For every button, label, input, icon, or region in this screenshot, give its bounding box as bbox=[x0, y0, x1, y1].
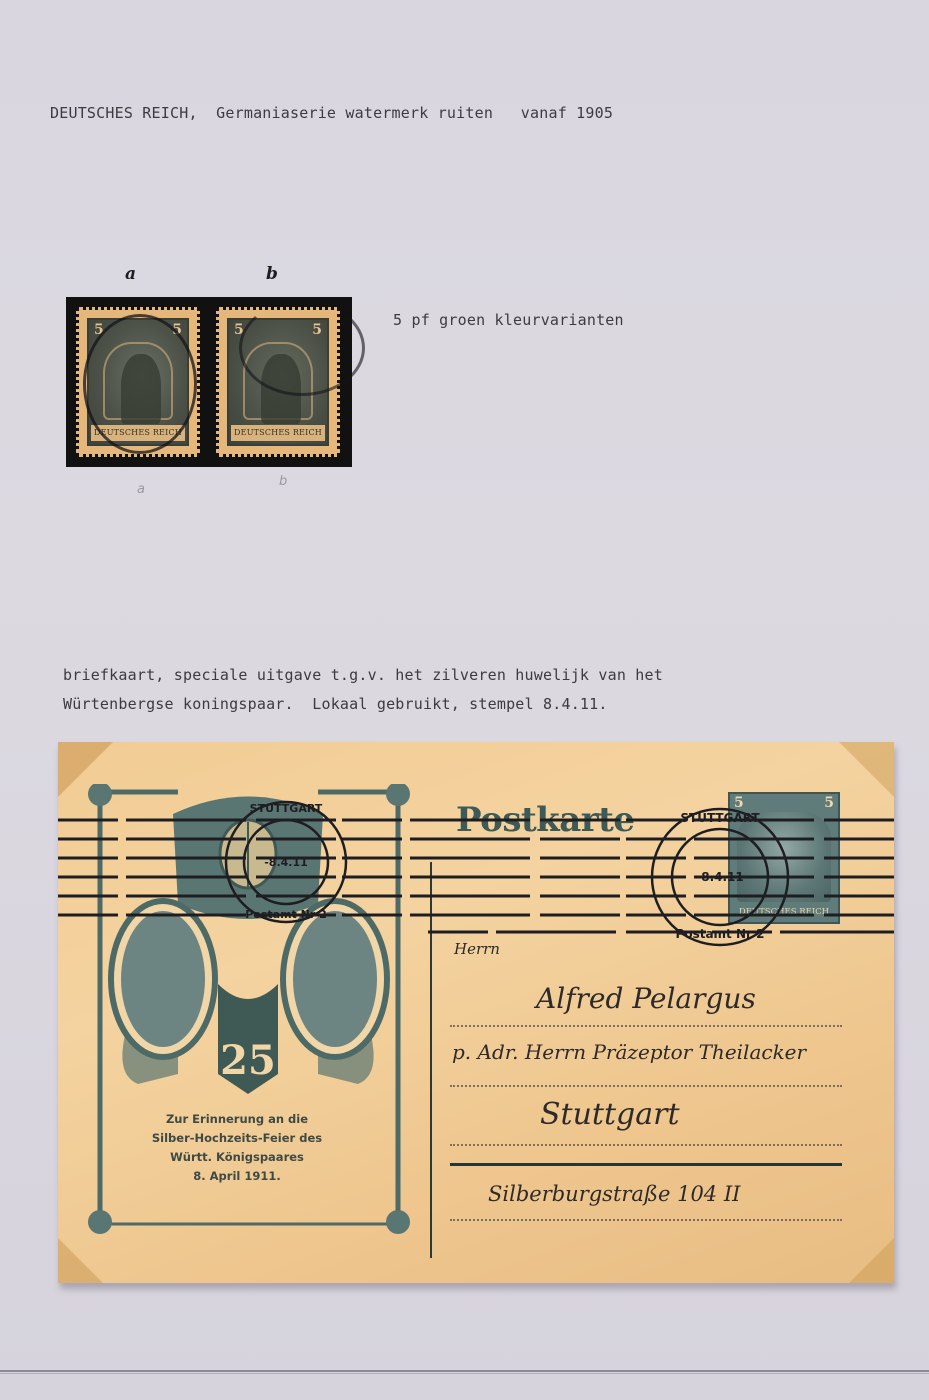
postmark-cancel bbox=[83, 314, 197, 454]
jubilee-number: 25 bbox=[220, 1037, 276, 1084]
postmark-office: Postamt Nr 2 bbox=[676, 927, 765, 941]
address-street: Silberburgstraße 104 II bbox=[488, 1182, 740, 1206]
stamp-b: 5 5 DEUTSCHES REICH bbox=[216, 307, 340, 457]
label-a-pencil: a bbox=[137, 482, 145, 497]
postcard: 25 Zur Erinnerung an die Silber-Hochzeit… bbox=[58, 742, 894, 1283]
page-edge bbox=[0, 1370, 929, 1372]
postcard-description-line2: Würtenbergse koningspaar. Lokaal gebruik… bbox=[63, 695, 608, 713]
stamp-mount: 5 5 DEUTSCHES REICH 5 5 DEUTSCHES REICH bbox=[66, 297, 352, 467]
postmark-cancel bbox=[239, 300, 365, 396]
stamp-banner: DEUTSCHES REICH bbox=[231, 425, 325, 441]
imprinted-stamp: 5 5 DEUTSCHES REICH bbox=[728, 792, 840, 924]
stamps-description: 5 pf groen kleurvarianten bbox=[393, 311, 624, 329]
page-heading: DEUTSCHES REICH, Germaniaserie watermerk… bbox=[50, 104, 613, 122]
address-name: Alfred Pelargus bbox=[536, 982, 756, 1015]
address-city: Stuttgart bbox=[540, 1097, 680, 1132]
card-divider bbox=[430, 862, 432, 1258]
address-care-of: p. Adr. Herrn Präzeptor Theilacker bbox=[452, 1040, 806, 1064]
postcard-caption: Zur Erinnerung an die Silber-Hochzeits-F… bbox=[112, 1110, 362, 1186]
postcard-description-line1: briefkaart, speciale uitgave t.g.v. het … bbox=[63, 666, 663, 684]
label-b-handwritten: b bbox=[266, 264, 278, 284]
address-salutation: Herrn bbox=[454, 940, 500, 958]
label-a-handwritten: a bbox=[125, 264, 136, 284]
stamp-a: 5 5 DEUTSCHES REICH bbox=[76, 307, 200, 457]
label-b-pencil: b bbox=[279, 474, 287, 489]
postkarte-title: Postkarte bbox=[456, 800, 635, 840]
